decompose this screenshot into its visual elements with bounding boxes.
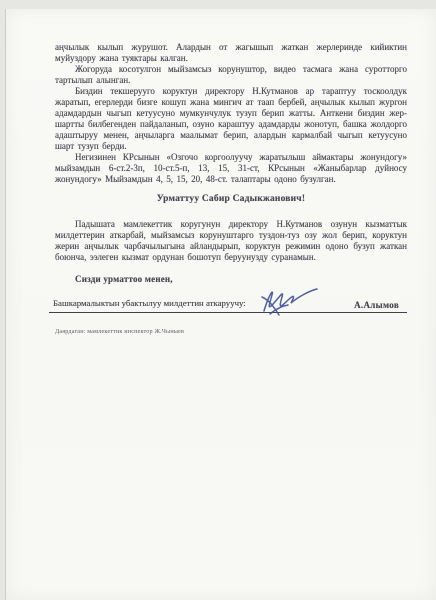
paragraph: Негизинен КРсынын «Озгочо коргоолуучу жа… bbox=[55, 152, 407, 185]
signature-title: Башкармалыктын убактылуу милдеттин аткар… bbox=[49, 298, 246, 308]
paragraph: Биздин текшерууго коруктун директору Н.К… bbox=[55, 86, 407, 152]
letter-body: аңчылык кылып журушот. Алардын от жагышы… bbox=[55, 42, 407, 337]
paragraph: Жогоруда косотулгон мыйзамсыз корунуштор… bbox=[55, 64, 407, 86]
prepared-by-note: Даярдаган: мамлекеттик инспектор Ж.Чыные… bbox=[55, 326, 407, 337]
scanned-document: аңчылык кылып журушот. Алардын от жагышы… bbox=[0, 0, 436, 600]
closing-line: Сизди урматтоо менен, bbox=[55, 274, 407, 285]
paragraph: аңчылык кылып журушот. Алардын от жагышы… bbox=[55, 42, 407, 64]
handwritten-signature-icon bbox=[257, 285, 321, 320]
request-paragraph: Падышата мамлекеттик коругунун директору… bbox=[55, 219, 407, 263]
letter-page: аңчылык кылып журушот. Алардын от жагышы… bbox=[6, 9, 436, 600]
signature-row: Башкармалыктын убактылуу милдеттин аткар… bbox=[49, 298, 407, 313]
signatory-name: А.Алымов bbox=[354, 300, 399, 311]
salutation-heading: Урматтуу Сабир Садыкжанович! bbox=[55, 194, 407, 205]
